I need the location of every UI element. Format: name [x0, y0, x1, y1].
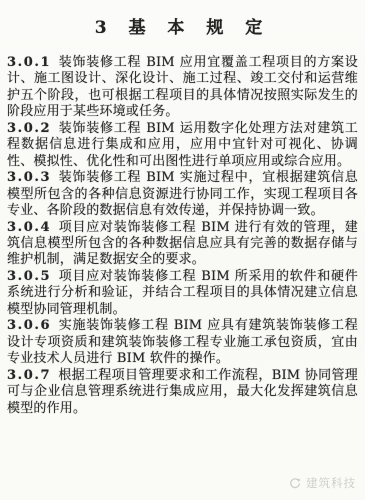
page-title: 3 基 本 规 定 — [7, 13, 358, 38]
clause-paragraph: 3.0.6实施装饰装修工程 BIM 应具有建筑装饰装修工程设计专项资质和建筑装饰… — [7, 318, 358, 367]
clause-paragraph: 3.0.3装饰装修工程 BIM 实施过程中，宜根据建筑信息模型所包含的各种信息资… — [7, 170, 358, 219]
clause-paragraph: 3.0.1装饰装修工程 BIM 应用宜覆盖工程项目的方案设计、施工图设计、深化设… — [7, 55, 358, 121]
watermark-label: 建筑科技 — [306, 475, 356, 491]
clause-text: 实施装饰装修工程 BIM 应具有建筑装饰装修工程设计专项资质和建筑装饰装修工程专… — [7, 318, 358, 366]
clause-number: 3.0.5 — [7, 269, 51, 284]
clause-list: 3.0.1装饰装修工程 BIM 应用宜覆盖工程项目的方案设计、施工图设计、深化设… — [7, 55, 358, 417]
clause-number: 3.0.6 — [7, 318, 51, 333]
watermark: 建筑科技 — [288, 475, 356, 491]
clause-number: 3.0.3 — [7, 170, 51, 185]
clause-text: 项目应对装饰装修工程 BIM 所采用的软件和硬件系统进行分析和验证，并结合工程项… — [7, 269, 358, 317]
swirl-logo-icon — [288, 476, 302, 490]
clause-number: 3.0.1 — [7, 55, 51, 70]
clause-number: 3.0.4 — [7, 220, 51, 235]
clause-text: 装饰装修工程 BIM 运用数字化处理方法对建筑工程数据信息进行集成和应用，应用中… — [7, 121, 358, 169]
document-page: 3 基 本 规 定 3.0.1装饰装修工程 BIM 应用宜覆盖工程项目的方案设计… — [0, 0, 365, 500]
clause-paragraph: 3.0.7根据工程项目管理要求和工作流程，BIM 协同管理可与企业信息管理系统进… — [7, 368, 358, 417]
clause-paragraph: 3.0.5项目应对装饰装修工程 BIM 所采用的软件和硬件系统进行分析和验证，并… — [7, 269, 358, 318]
clause-number: 3.0.2 — [7, 121, 51, 136]
clause-text: 项目应对装饰装修工程 BIM 进行有效的管理，建筑信息模型所包含的各种数据信息应… — [7, 220, 358, 268]
clause-text: 装饰装修工程 BIM 应用宜覆盖工程项目的方案设计、施工图设计、深化设计、施工过… — [7, 55, 358, 119]
clause-paragraph: 3.0.2装饰装修工程 BIM 运用数字化处理方法对建筑工程数据信息进行集成和应… — [7, 121, 358, 170]
clause-number: 3.0.7 — [7, 368, 51, 383]
clause-text: 装饰装修工程 BIM 实施过程中，宜根据建筑信息模型所包含的各种信息资源进行协同… — [7, 170, 358, 218]
clause-text: 根据工程项目管理要求和工作流程，BIM 协同管理可与企业信息管理系统进行集成应用… — [7, 368, 358, 416]
clause-paragraph: 3.0.4项目应对装饰装修工程 BIM 进行有效的管理，建筑信息模型所包含的各种… — [7, 220, 358, 269]
